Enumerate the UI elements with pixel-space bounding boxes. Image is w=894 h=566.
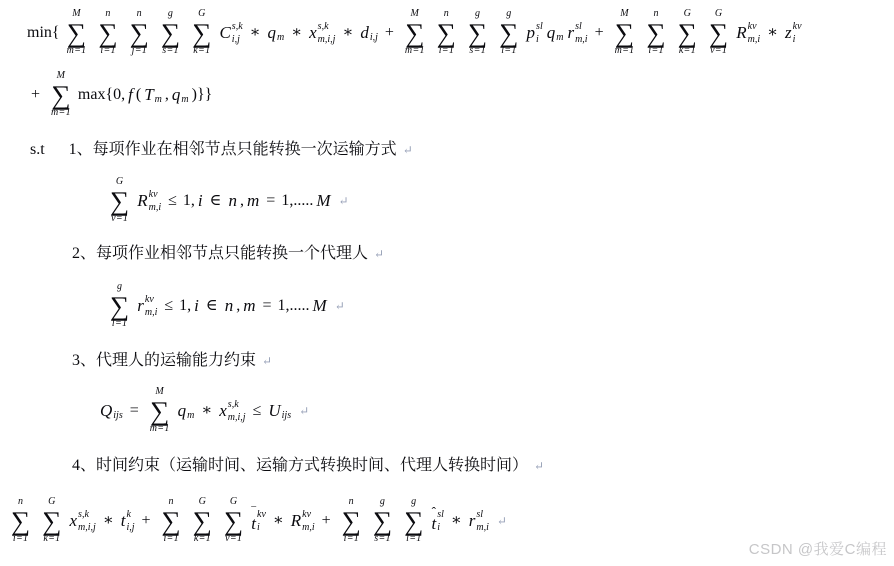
math-variable: qm [268, 24, 285, 41]
math-variable: rslm,i [469, 508, 489, 534]
sum-operator: G∑v=1 [224, 496, 243, 546]
sum-operator: M∑m=1 [150, 386, 170, 436]
paragraph-mark-icon: ↵ [299, 405, 309, 417]
objective-formula-line1: min{M∑m=1n∑i=1n∑j=1g∑s=1G∑k=1Cs,ki,j∗qm∗… [26, 8, 804, 58]
sum-operator: n∑i=1 [98, 8, 117, 58]
math-variable: zkvi [785, 20, 802, 46]
sum-operator: G∑v=1 [110, 176, 129, 226]
constraint-1-label: 1、每项作业在相邻节点只能转换一次运输方式 [69, 141, 397, 158]
math-variable: ˆtsli [431, 508, 443, 534]
math-variable: xs,km,i,j [309, 20, 335, 46]
math-variable: qm [172, 86, 189, 103]
math-variable: Qijs [100, 402, 123, 419]
sum-operator: M∑m=1 [615, 8, 635, 58]
sum-operator: M∑m=1 [67, 8, 87, 58]
sum-operator: n∑i=1 [342, 496, 361, 546]
math-variable: tki,j [121, 508, 135, 534]
paragraph-mark-icon: ↵ [335, 300, 345, 312]
paragraph-mark-icon: ↵ [403, 143, 413, 157]
constraint-3-label: 3、代理人的运输能力约束 [72, 352, 256, 369]
sum-operator: g∑s=1 [373, 496, 392, 546]
math-variable: di,j [360, 24, 378, 41]
constraint-2-formula: g∑l=1rkvm,i≤1,i∈n,m=1,.....M↵ [104, 281, 345, 331]
sum-operator: n∑i=1 [437, 8, 456, 58]
constraint-4-label: 4、时间约束（运输时间、运输方式转换时间、代理人转换时间） [72, 457, 528, 474]
sum-operator: G∑k=1 [678, 8, 697, 58]
paragraph-mark-icon: ↵ [374, 247, 384, 261]
constraint-4-row: 4、时间约束（运输时间、运输方式转换时间、代理人转换时间）↵ [72, 455, 544, 477]
subject-to-row: s.t1、每项作业在相邻节点只能转换一次运输方式↵ [30, 139, 413, 161]
sum-operator: G∑k=1 [193, 496, 212, 546]
sum-operator: G∑k=1 [192, 8, 211, 58]
watermark: CSDN @我爱C编程 [749, 538, 887, 559]
math-variable: ‾tkvi [251, 508, 266, 534]
sum-operator: n∑i=1 [162, 496, 181, 546]
paragraph-mark-icon: ↵ [497, 515, 507, 527]
sum-operator: M∑m=1 [51, 70, 71, 120]
sum-operator: G∑k=1 [42, 496, 61, 546]
math-variable: rslm,i [567, 20, 587, 46]
sum-operator: n∑i=1 [646, 8, 665, 58]
sum-operator: n∑j=1 [130, 8, 149, 58]
constraint-3-formula: Qijs=M∑m=1qm∗xs,km,i,j≤Uijs↵ [98, 386, 309, 436]
math-variable: xs,km,i,j [70, 508, 96, 534]
math-variable: Uijs [268, 402, 291, 419]
sum-operator: g∑s=1 [468, 8, 487, 58]
st-label: s.t [30, 141, 45, 158]
paragraph-mark-icon: ↵ [262, 354, 272, 368]
sum-operator: n∑i=1 [11, 496, 30, 546]
math-variable: psli [527, 20, 543, 46]
constraint-1-formula: G∑v=1Rkvm,i≤1,i∈n,m=1,.....M↵ [104, 176, 349, 226]
math-variable: Cs,ki,j [219, 20, 242, 46]
math-variable: Rkvm,i [736, 20, 760, 46]
document-page: min{M∑m=1n∑i=1n∑j=1g∑s=1G∑k=1Cs,ki,j∗qm∗… [0, 0, 894, 566]
constraint-3-row: 3、代理人的运输能力约束↵ [72, 350, 272, 372]
math-variable: xs,km,i,j [219, 398, 245, 424]
sum-operator: g∑l=1 [499, 8, 518, 58]
math-variable: qm [178, 402, 195, 419]
math-variable: Rkvm,i [291, 508, 315, 534]
sum-operator: G∑v=1 [709, 8, 728, 58]
constraint-2-row: 2、每项作业相邻节点只能转换一个代理人↵ [72, 243, 384, 265]
objective-formula-line2: +M∑m=1max{0,f(Tm,qm)}} [26, 70, 213, 120]
sum-operator: g∑l=1 [110, 281, 129, 331]
constraint-4-formula: n∑i=1G∑k=1xs,km,i,j∗tki,j+n∑i=1G∑k=1G∑v=… [5, 496, 507, 546]
sum-operator: g∑s=1 [161, 8, 180, 58]
paragraph-mark-icon: ↵ [338, 195, 348, 207]
constraint-2-label: 2、每项作业相邻节点只能转换一个代理人 [72, 245, 368, 262]
math-variable: qm [547, 24, 564, 41]
math-variable: Tm [144, 86, 162, 103]
math-variable: rkvm,i [137, 293, 157, 319]
sum-operator: g∑l=1 [404, 496, 423, 546]
paragraph-mark-icon: ↵ [534, 459, 544, 473]
sum-operator: M∑m=1 [405, 8, 425, 58]
math-variable: Rkvm,i [137, 188, 161, 214]
